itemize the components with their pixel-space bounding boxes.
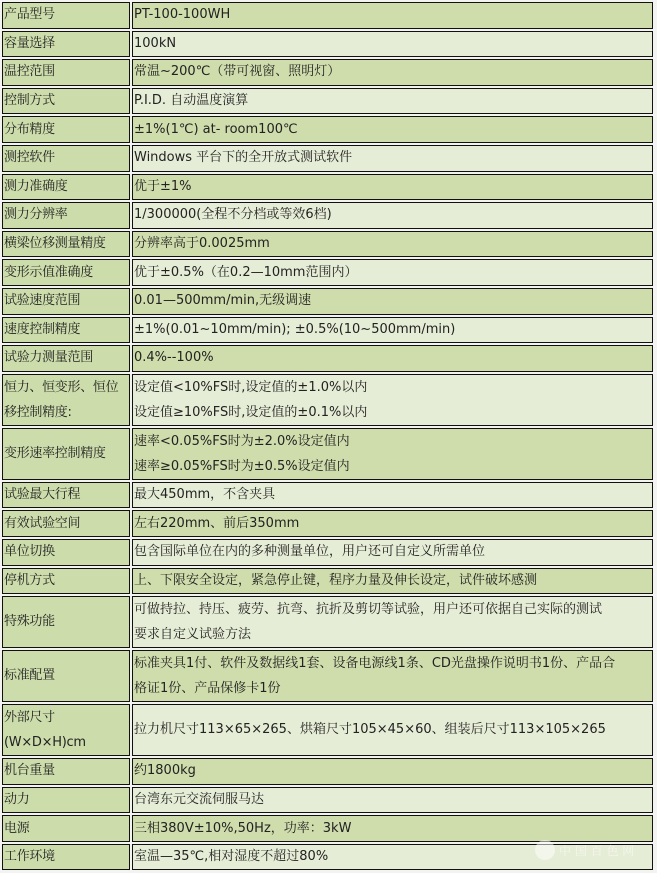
spec-value: ±1%(0.01~10mm/min); ±0.5%(10~500mm/min) bbox=[132, 317, 653, 344]
spec-value-line: 要求自定义试验方法 bbox=[134, 622, 651, 647]
spec-row-distribution-accuracy: 分布精度 ±1%(1℃) at- room100℃ bbox=[2, 116, 653, 143]
spec-table: 产品型号 PT-100-100WH 容量选择 100kN 温控范围 常温~200… bbox=[0, 0, 655, 872]
spec-label: 试验力测量范围 bbox=[2, 345, 130, 372]
spec-value: 优于±1% bbox=[132, 174, 653, 201]
spec-row-deformation-rate: 变形速率控制精度 速率<0.05%FS时为±2.0%设定值内 速率≥0.05%F… bbox=[2, 428, 653, 480]
spec-value-line: 可做持拉、持压、疲劳、抗弯、抗折及剪切等试验，用户还可依据自己实际的测试 bbox=[134, 597, 651, 622]
spec-value: 0.01—500mm/min,无级调速 bbox=[132, 288, 653, 315]
spec-label: 电源 bbox=[2, 815, 130, 842]
spec-value-line: 设定值≥10%FS时,设定值的±0.1%以内 bbox=[134, 400, 651, 425]
spec-label: 单位切换 bbox=[2, 539, 130, 566]
spec-row-special-functions: 特殊功能 可做持拉、持压、疲劳、抗弯、抗折及剪切等试验，用户还可依据自己实际的测… bbox=[2, 596, 653, 648]
spec-value: 约1800kg bbox=[132, 758, 653, 785]
spec-label: 变形示值准确度 bbox=[2, 259, 130, 286]
spec-value-line: 设定值<10%FS时,设定值的±1.0%以内 bbox=[134, 375, 651, 400]
spec-label: 试验最大行程 bbox=[2, 482, 130, 509]
spec-value: 三相380V±10%,50Hz，功率：3kW bbox=[132, 815, 653, 842]
spec-label: 机台重量 bbox=[2, 758, 130, 785]
spec-label: 分布精度 bbox=[2, 116, 130, 143]
spec-value: 标准夹具1付、软件及数据线1套、设备电源线1条、CD光盘操作说明书1份、产品合 … bbox=[132, 650, 653, 702]
spec-value: 左右220mm、前后350mm bbox=[132, 510, 653, 537]
spec-label: 产品型号 bbox=[2, 2, 130, 29]
spec-row-power-motor: 动力 台湾东元交流伺服马达 bbox=[2, 787, 653, 814]
spec-label: 停机方式 bbox=[2, 568, 130, 595]
spec-label: 控制方式 bbox=[2, 88, 130, 115]
spec-value: 室温—35℃,相对湿度不超过80% bbox=[132, 844, 653, 871]
spec-row-force-range: 试验力测量范围 0.4%--100% bbox=[2, 345, 653, 372]
spec-row-control-mode: 控制方式 P.I.D. 自动温度演算 bbox=[2, 88, 653, 115]
spec-value: 台湾东元交流伺服马达 bbox=[132, 787, 653, 814]
spec-row-force-resolution: 测力分辨率 1/300000(全程不分档或等效6档) bbox=[2, 202, 653, 229]
spec-row-power-supply: 电源 三相380V±10%,50Hz，功率：3kW bbox=[2, 815, 653, 842]
spec-row-environment: 工作环境 室温—35℃,相对湿度不超过80% bbox=[2, 844, 653, 871]
spec-row-force-accuracy: 测力准确度 优于±1% bbox=[2, 174, 653, 201]
spec-label: 有效试验空间 bbox=[2, 510, 130, 537]
spec-label-line: 外部尺寸 bbox=[4, 705, 128, 730]
spec-value: 速率<0.05%FS时为±2.0%设定值内 速率≥0.05%FS时为±0.5%设… bbox=[132, 428, 653, 480]
spec-row-speed-range: 试验速度范围 0.01—500mm/min,无级调速 bbox=[2, 288, 653, 315]
spec-label: 速度控制精度 bbox=[2, 317, 130, 344]
spec-row-test-space: 有效试验空间 左右220mm、前后350mm bbox=[2, 510, 653, 537]
spec-row-model: 产品型号 PT-100-100WH bbox=[2, 2, 653, 29]
spec-value-line: 速率≥0.05%FS时为±0.5%设定值内 bbox=[134, 454, 651, 479]
spec-label-line: 移控制精度: bbox=[4, 400, 128, 425]
spec-label: 标准配置 bbox=[2, 650, 130, 702]
spec-row-speed-control: 速度控制精度 ±1%(0.01~10mm/min); ±0.5%(10~500m… bbox=[2, 317, 653, 344]
spec-label: 测力分辨率 bbox=[2, 202, 130, 229]
spec-label: 外部尺寸 (W×D×H)cm bbox=[2, 704, 130, 756]
spec-row-dimensions: 外部尺寸 (W×D×H)cm 拉力机尺寸113×65×265、烘箱尺寸105×4… bbox=[2, 704, 653, 756]
spec-label-line: (W×D×H)cm bbox=[4, 730, 128, 755]
spec-value: ±1%(1℃) at- room100℃ bbox=[132, 116, 653, 143]
spec-label: 测力准确度 bbox=[2, 174, 130, 201]
spec-value: 上、下限安全设定，紧急停止键，程序力量及伸长设定，试件破坏感测 bbox=[132, 568, 653, 595]
spec-label: 变形速率控制精度 bbox=[2, 428, 130, 480]
spec-value: 拉力机尺寸113×65×265、烘箱尺寸105×45×60、组装后尺寸113×1… bbox=[132, 704, 653, 756]
spec-value: 优于±0.5%（在0.2—10mm范围内） bbox=[132, 259, 653, 286]
spec-value: PT-100-100WH bbox=[132, 2, 653, 29]
spec-value: 设定值<10%FS时,设定值的±1.0%以内 设定值≥10%FS时,设定值的±0… bbox=[132, 374, 653, 426]
spec-label: 测控软件 bbox=[2, 145, 130, 172]
spec-label: 恒力、恒变形、恒位 移控制精度: bbox=[2, 374, 130, 426]
spec-label: 试验速度范围 bbox=[2, 288, 130, 315]
spec-value-line: 标准夹具1付、软件及数据线1套、设备电源线1条、CD光盘操作说明书1份、产品合 bbox=[134, 651, 651, 676]
spec-row-constant-control: 恒力、恒变形、恒位 移控制精度: 设定值<10%FS时,设定值的±1.0%以内 … bbox=[2, 374, 653, 426]
spec-row-standard-config: 标准配置 标准夹具1付、软件及数据线1套、设备电源线1条、CD光盘操作说明书1份… bbox=[2, 650, 653, 702]
spec-label: 工作环境 bbox=[2, 844, 130, 871]
spec-row-deformation-accuracy: 变形示值准确度 优于±0.5%（在0.2—10mm范围内） bbox=[2, 259, 653, 286]
spec-value-line: 速率<0.05%FS时为±2.0%设定值内 bbox=[134, 429, 651, 454]
spec-value-line: 格证1份、产品保修卡1份 bbox=[134, 676, 651, 701]
spec-label: 横梁位移测量精度 bbox=[2, 231, 130, 258]
spec-row-weight: 机台重量 约1800kg bbox=[2, 758, 653, 785]
spec-value: 常温~200℃（带可视窗、照明灯） bbox=[132, 59, 653, 86]
spec-label: 动力 bbox=[2, 787, 130, 814]
spec-value: 1/300000(全程不分档或等效6档) bbox=[132, 202, 653, 229]
spec-row-max-stroke: 试验最大行程 最大450mm，不含夹具 bbox=[2, 482, 653, 509]
spec-row-temp-range: 温控范围 常温~200℃（带可视窗、照明灯） bbox=[2, 59, 653, 86]
spec-value: P.I.D. 自动温度演算 bbox=[132, 88, 653, 115]
spec-value: 最大450mm，不含夹具 bbox=[132, 482, 653, 509]
spec-value: 分辨率高于0.0025mm bbox=[132, 231, 653, 258]
spec-label: 温控范围 bbox=[2, 59, 130, 86]
spec-value: 100kN bbox=[132, 31, 653, 58]
spec-row-crosshead-accuracy: 横梁位移测量精度 分辨率高于0.0025mm bbox=[2, 231, 653, 258]
spec-row-unit-switch: 单位切换 包含国际单位在内的多种测量单位，用户还可自定义所需单位 bbox=[2, 539, 653, 566]
spec-value: 可做持拉、持压、疲劳、抗弯、抗折及剪切等试验，用户还可依据自己实际的测试 要求自… bbox=[132, 596, 653, 648]
spec-label: 容量选择 bbox=[2, 31, 130, 58]
spec-value: Windows 平台下的全开放式测试软件 bbox=[132, 145, 653, 172]
spec-label: 特殊功能 bbox=[2, 596, 130, 648]
spec-label-line: 恒力、恒变形、恒位 bbox=[4, 375, 128, 400]
spec-value: 0.4%--100% bbox=[132, 345, 653, 372]
spec-row-software: 测控软件 Windows 平台下的全开放式测试软件 bbox=[2, 145, 653, 172]
spec-row-stop-mode: 停机方式 上、下限安全设定，紧急停止键，程序力量及伸长设定，试件破坏感测 bbox=[2, 568, 653, 595]
spec-row-capacity: 容量选择 100kN bbox=[2, 31, 653, 58]
spec-value: 包含国际单位在内的多种测量单位，用户还可自定义所需单位 bbox=[132, 539, 653, 566]
